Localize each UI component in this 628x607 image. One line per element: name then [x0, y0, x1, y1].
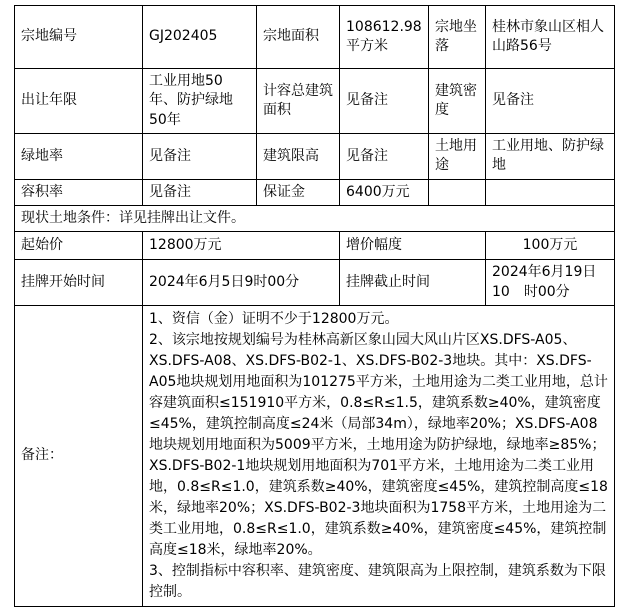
land-listing-table: 宗地编号 GJ202405 宗地面积 108612.98平方米 宗地坐落 桂林市…: [14, 5, 615, 607]
row-green-ratio: 绿地率 见备注 建筑限高 见备注 土地用途 工业用地、防护绿地: [15, 133, 615, 179]
listing-start-time-value: 2024年6月5日9时00分: [143, 260, 340, 306]
row-parcel-info: 宗地编号 GJ202405 宗地面积 108612.98平方米 宗地坐落 桂林市…: [15, 6, 615, 69]
empty-cell: [486, 179, 615, 205]
parcel-area-label: 宗地面积: [257, 6, 340, 69]
land-use-label: 土地用途: [429, 133, 486, 179]
listing-start-time-label: 挂牌开始时间: [15, 260, 143, 306]
price-increment-label: 增价幅度: [340, 232, 486, 260]
parcel-area-value: 108612.98平方米: [340, 6, 429, 69]
current-land-condition-text: 现状土地条件：详见挂牌出让文件。: [15, 205, 615, 231]
deposit-value: 6400万元: [340, 179, 429, 205]
starting-price-value: 12800万元: [143, 232, 340, 260]
parcel-location-value: 桂林市象山区相人山路56号: [486, 6, 615, 69]
listing-end-time-label: 挂牌截止时间: [340, 260, 486, 306]
parcel-number-value: GJ202405: [143, 6, 257, 69]
starting-price-label: 起始价: [15, 232, 143, 260]
transfer-term-value: 工业用地50年、防护绿地50年: [143, 69, 257, 134]
height-limit-value: 见备注: [340, 133, 429, 179]
land-use-value: 工业用地、防护绿地: [486, 133, 615, 179]
plot-ratio-value: 见备注: [143, 179, 257, 205]
remark-item-3: 3、控制指标中容积率、建筑密度、建筑限高为上限控制，建筑系数为下限控制。: [149, 561, 608, 603]
row-plot-ratio: 容积率 见备注 保证金 6400万元: [15, 179, 615, 205]
row-starting-price: 起始价 12800万元 增价幅度 100万元: [15, 232, 615, 260]
listing-end-time-value: 2024年6月19日10 时00分: [486, 260, 615, 306]
parcel-number-label: 宗地编号: [15, 6, 143, 69]
total-floor-area-value: 见备注: [340, 69, 429, 134]
total-floor-area-label: 计容总建筑面积: [257, 69, 340, 134]
height-limit-label: 建筑限高: [257, 133, 340, 179]
remark-item-1: 1、资信（金）证明不少于12800万元。: [149, 309, 608, 330]
row-current-land-condition: 现状土地条件：详见挂牌出让文件。: [15, 205, 615, 231]
remarks-content: 1、资信（金）证明不少于12800万元。 2、该宗地按规划编号为桂林高新区象山园…: [143, 305, 615, 606]
plot-ratio-label: 容积率: [15, 179, 143, 205]
row-transfer-term: 出让年限 工业用地50年、防护绿地50年 计容总建筑面积 见备注 建筑密度 见备…: [15, 69, 615, 134]
building-density-label: 建筑密度: [429, 69, 486, 134]
price-increment-value: 100万元: [486, 232, 615, 260]
green-ratio-label: 绿地率: [15, 133, 143, 179]
remarks-label: 备注：: [15, 305, 143, 606]
deposit-label: 保证金: [257, 179, 340, 205]
parcel-location-label: 宗地坐落: [429, 6, 486, 69]
building-density-value: 见备注: [486, 69, 615, 134]
row-remarks: 备注： 1、资信（金）证明不少于12800万元。 2、该宗地按规划编号为桂林高新…: [15, 305, 615, 606]
empty-cell: [429, 179, 486, 205]
row-listing-time: 挂牌开始时间 2024年6月5日9时00分 挂牌截止时间 2024年6月19日1…: [15, 260, 615, 306]
green-ratio-value: 见备注: [143, 133, 257, 179]
remark-item-2: 2、该宗地按规划编号为桂林高新区象山园大风山片区XS.DFS-A05、XS.DF…: [149, 330, 608, 561]
transfer-term-label: 出让年限: [15, 69, 143, 134]
